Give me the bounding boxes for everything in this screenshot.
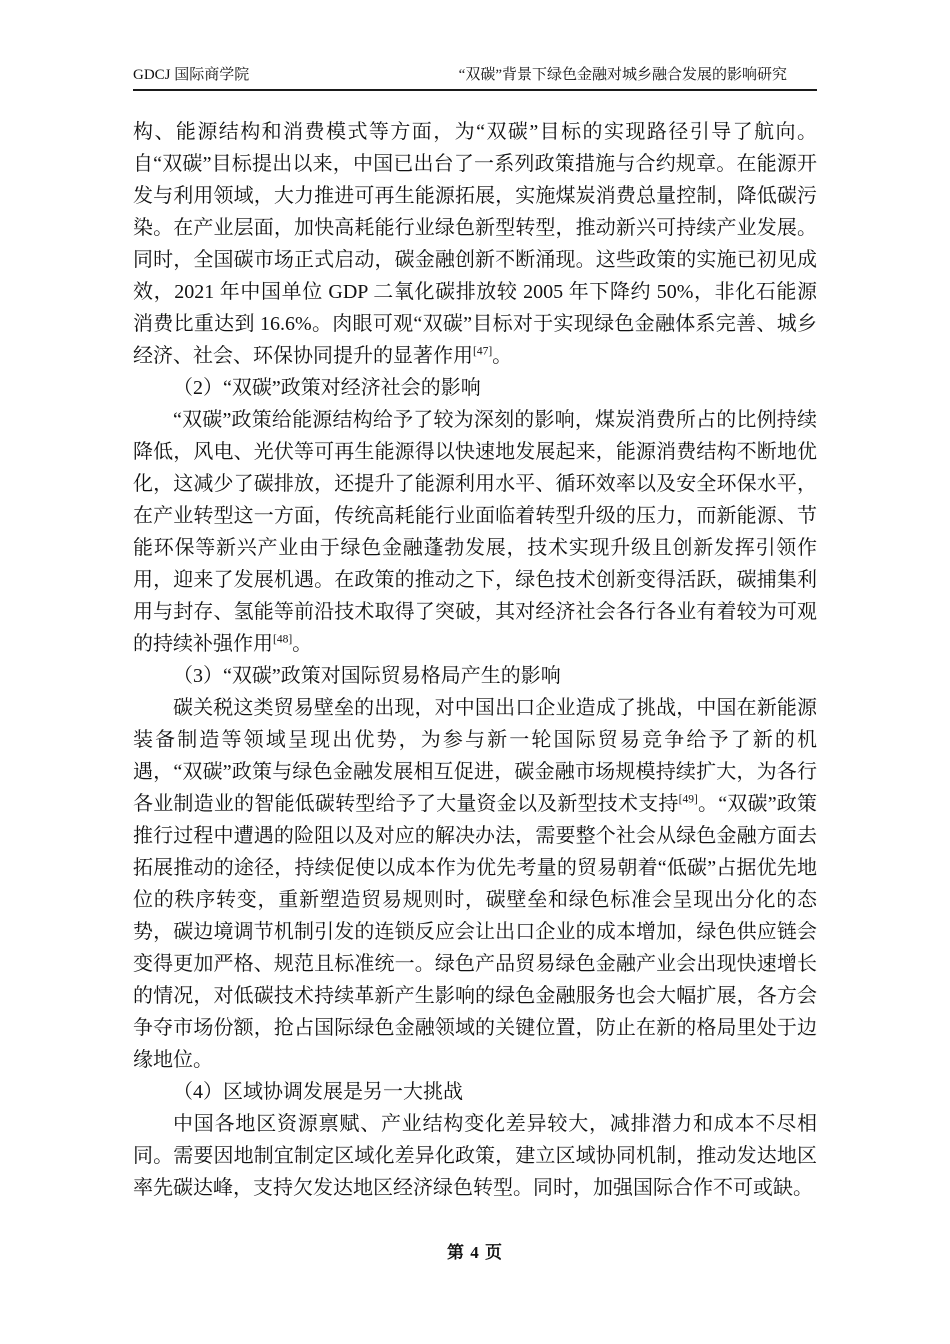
- citation-ref: [47]: [473, 345, 492, 357]
- header-row: GDCJ 国际商学院 “双碳”背景下绿色金融对城乡融合发展的影响研究: [133, 0, 817, 84]
- citation-ref: [48]: [273, 633, 292, 645]
- section-heading-4: （4）区域协调发展是另一大挑战: [133, 1076, 817, 1108]
- document-body: 构、能源结构和消费模式等方面，为“双碳”目标的实现路径引导了航向。自“双碳”目标…: [133, 116, 817, 1204]
- page-number: 第 4 页: [447, 1243, 503, 1262]
- header-school-name: GDCJ 国际商学院: [133, 66, 249, 84]
- paragraph-dual-carbon-policy-effects: 构、能源结构和消费模式等方面，为“双碳”目标的实现路径引导了航向。自“双碳”目标…: [133, 116, 817, 372]
- page-footer: 第 4 页: [0, 1238, 950, 1263]
- paragraph-regional-coordination: 中国各地区资源禀赋、产业结构变化差异较大，减排潜力和成本不尽相同。需要因地制宜制…: [133, 1108, 817, 1204]
- header-rule: [133, 89, 817, 91]
- section-heading-3: （3）“双碳”政策对国际贸易格局产生的影响: [133, 660, 817, 692]
- citation-ref: [49]: [679, 793, 698, 805]
- header-thesis-title: “双碳”背景下绿色金融对城乡融合发展的影响研究: [459, 66, 817, 84]
- paragraph-international-trade-impact: 碳关税这类贸易壁垒的出现，对中国出口企业造成了挑战，中国在新能源装备制造等领域呈…: [133, 692, 817, 1076]
- page-header: GDCJ 国际商学院 “双碳”背景下绿色金融对城乡融合发展的影响研究: [133, 0, 817, 91]
- document-page: GDCJ 国际商学院 “双碳”背景下绿色金融对城乡融合发展的影响研究 构、能源结…: [0, 0, 950, 1344]
- section-heading-2: （2）“双碳”政策对经济社会的影响: [133, 372, 817, 404]
- paragraph-economic-social-impact: “双碳”政策给能源结构给予了较为深刻的影响，煤炭消费所占的比例持续降低，风电、光…: [133, 404, 817, 660]
